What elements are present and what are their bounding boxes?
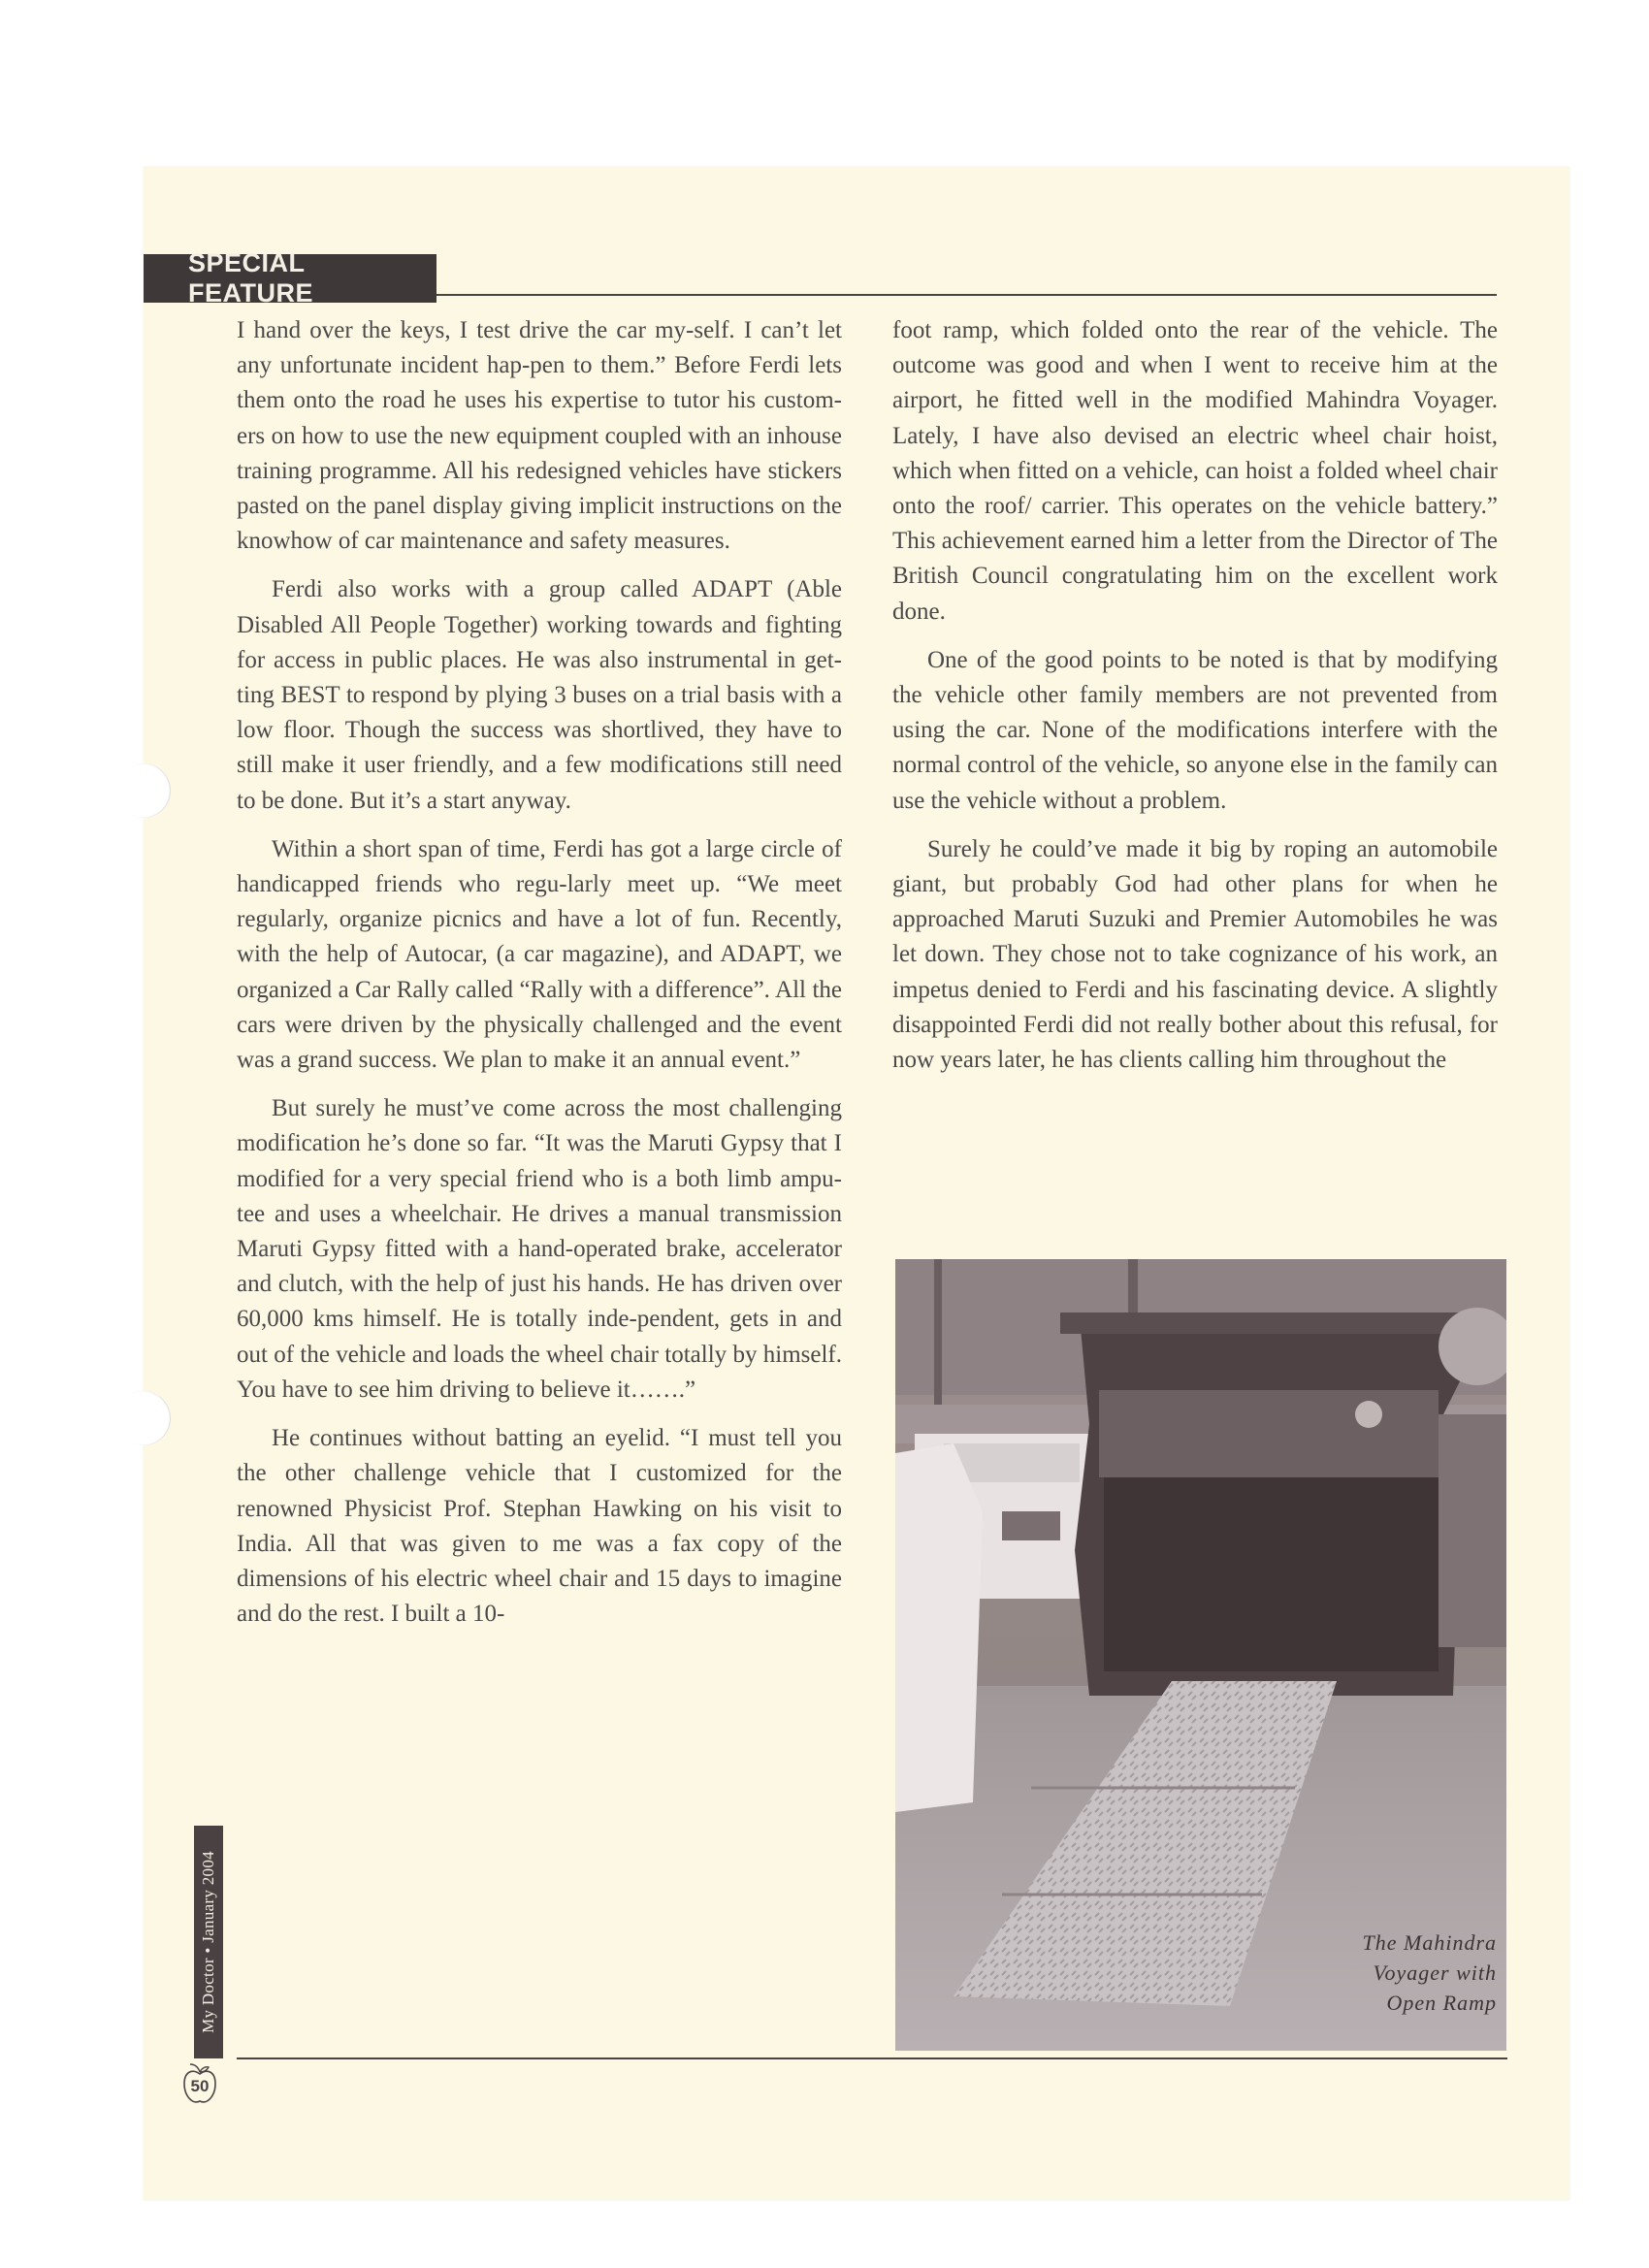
caption-line: Voyager with	[1363, 1958, 1498, 1988]
punch-hole	[116, 1391, 171, 1445]
header-divider	[436, 294, 1497, 296]
article-column-right: foot ramp, which folded onto the rear of…	[892, 313, 1498, 1091]
page-number-badge: 50	[182, 2062, 217, 2109]
publication-date-text: My Doctor • January 2004	[199, 1851, 218, 2033]
footer-divider	[237, 2057, 1507, 2059]
article-column-left: I hand over the keys, I test drive the c…	[237, 313, 842, 1645]
page-number: 50	[182, 2077, 217, 2096]
vehicle-photo: The Mahindra Voyager with Open Ramp	[895, 1259, 1506, 2051]
paragraph: Surely he could’ve made it big by roping…	[892, 832, 1498, 1078]
publication-tab: My Doctor • January 2004	[194, 1826, 223, 2058]
paragraph: Within a short span of time, Ferdi has g…	[237, 832, 842, 1078]
paragraph: But surely he must’ve come across the mo…	[237, 1091, 842, 1408]
section-label-text: SPECIAL FEATURE	[188, 248, 436, 308]
punch-hole	[116, 763, 171, 818]
paragraph: He continues without batting an eyelid. …	[237, 1421, 842, 1632]
caption-line: Open Ramp	[1363, 1988, 1498, 2018]
paragraph: foot ramp, which folded onto the rear of…	[892, 313, 1498, 630]
section-label: SPECIAL FEATURE	[144, 254, 436, 303]
caption-line: The Mahindra	[1363, 1928, 1498, 1958]
photo-caption: The Mahindra Voyager with Open Ramp	[1363, 1928, 1498, 2018]
paragraph: Ferdi also works with a group called ADA…	[237, 572, 842, 818]
paragraph: I hand over the keys, I test drive the c…	[237, 313, 842, 559]
paragraph: One of the good points to be noted is th…	[892, 643, 1498, 819]
